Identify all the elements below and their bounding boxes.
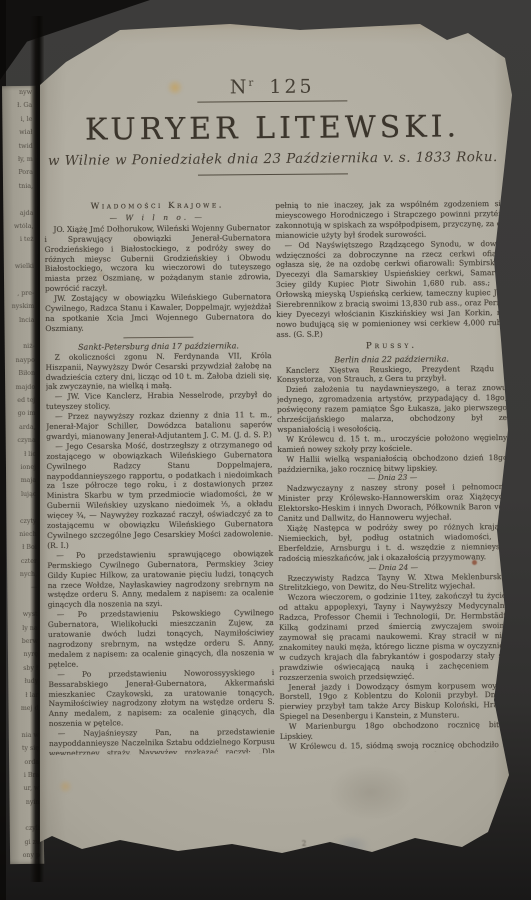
issue-number-digits: 125 xyxy=(269,76,314,98)
issue-number-prefix: N xyxy=(230,76,249,98)
paragraph: W Hallii wielką wspaniałością obchodzono… xyxy=(277,453,507,475)
paragraph: JW. Zostający w obowiązku Wileńskiego Gu… xyxy=(45,292,271,334)
paragraph: Xiążę Następca w podróży swey po różnych… xyxy=(278,522,508,564)
column-right: pełnią to nie inaczey, jak za wspólném z… xyxy=(275,199,510,753)
paragraph: — Po przedstawieniu Pskowskiego Cywilneg… xyxy=(48,608,275,669)
section-heading: Prussy. xyxy=(276,341,506,353)
newspaper-page: Nr 125 KURYER LITEWSKI. w Wilnie w Ponie… xyxy=(36,20,514,878)
paragraph: JO. Xiążę Jmć Dołhorukow, Wileński Wojen… xyxy=(44,223,271,294)
section-heading: Wiadomości Krajowe. xyxy=(44,201,270,213)
paragraph: Rzeczywisty Radzca Tayny W. Xtwa Meklenb… xyxy=(278,572,508,594)
column-left: Wiadomości Krajowe.— W i l n o. —JO. Xią… xyxy=(44,201,275,755)
paragraph: — JW. Vice Kanclerz, Hrabia Nesselrode, … xyxy=(46,390,272,412)
paragraph: — Po przedstawieniu sprawującego obowiąz… xyxy=(47,549,274,610)
section-heading: — W i l n o. — xyxy=(44,212,270,224)
signature-mark: 2 xyxy=(302,840,307,848)
paragraph: Jenerał jazdy i Dowodzący ósmym korpusem… xyxy=(279,680,509,722)
paragraph: — Nayjaśnieyszy Pan, na przedstawienie n… xyxy=(49,727,275,755)
paragraph: Dzień założenia tu naydawnieyszego, a te… xyxy=(277,383,507,435)
paragraph: — Przez naywyższy rozkaz dzienny z dnia … xyxy=(46,410,272,442)
paragraph: Z okoliczności zgonu N. Ferdynanda VII, … xyxy=(46,351,272,393)
paragraph: — Od Nayświętszego Rządzącego Synodu, w … xyxy=(276,239,507,340)
masthead: Nr 125 KURYER LITEWSKI. w Wilnie w Ponie… xyxy=(33,74,512,177)
paragraph: — Jego Cesarska Mość, dostrzegłszy z otr… xyxy=(46,440,273,551)
section-divider xyxy=(123,336,193,338)
paragraph: — Po przedstawieniu Noworossyyskiego i B… xyxy=(48,668,275,729)
page-content: Nr 125 KURYER LITEWSKI. w Wilnie w Ponie… xyxy=(33,18,518,880)
paragraph: Wczora wieczorem, o godzinie 11tey, zako… xyxy=(279,591,510,682)
paragraph: W Marienburgu 18go obchodzono rocznicę b… xyxy=(280,720,510,742)
paragraph: W Królewcu d. 15 t. m., uroczyście położ… xyxy=(277,433,507,455)
paragraph: pełnią to nie inaczey, jak za wspólném z… xyxy=(275,199,505,241)
issue-number: Nr 125 xyxy=(33,74,511,100)
paragraph: Nadzwyczayny z naszey strony poseł i peł… xyxy=(278,482,508,524)
masthead-rule-bottom xyxy=(198,173,348,175)
paragraph: Kanclerz Xięstwa Reuskiego, Prezydent Rz… xyxy=(277,363,507,385)
paragraph: W Królewcu d. 15, siódmą swoją rocznicę … xyxy=(280,740,510,753)
scan-background: nywł. Gai, lewiałtwidły, mPoratnia,ajdaw… xyxy=(0,0,531,900)
newspaper-title: KURYER LITEWSKI. xyxy=(33,109,511,148)
masthead-dateline: w Wilnie w Poniedziałek dnia 23 Paździer… xyxy=(34,149,512,169)
masthead-rule-top xyxy=(197,100,347,102)
issue-number-superscript: r xyxy=(248,78,253,89)
